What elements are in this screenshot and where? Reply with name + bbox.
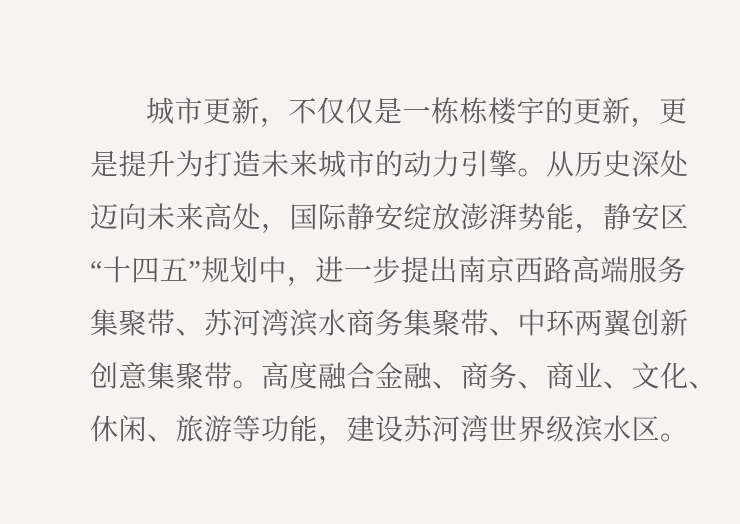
page-background: 城市更新，不仅仅是一栋栋楼宇的更新，更 是提升为打造未来城市的动力引擎。从历史深… — [0, 0, 740, 524]
paragraph-line: 城市更新，不仅仅是一栋栋楼宇的更新，更 — [90, 86, 652, 139]
paragraph-line: 迈向未来高处，国际静安绽放澎湃势能，静安区 — [90, 192, 652, 245]
article-text-block: 城市更新，不仅仅是一栋栋楼宇的更新，更 是提升为打造未来城市的动力引擎。从历史深… — [90, 86, 652, 457]
paragraph-line: 集聚带、苏河湾滨水商务集聚带、中环两翼创新 — [90, 298, 652, 351]
paragraph-line: “十四五”规划中，进一步提出南京西路高端服务 — [90, 245, 652, 298]
paragraph-line: 创意集聚带。高度融合金融、商务、商业、文化、 — [90, 351, 652, 404]
paragraph-line: 是提升为打造未来城市的动力引擎。从历史深处 — [90, 139, 652, 192]
paragraph-line: 休闲、旅游等功能，建设苏河湾世界级滨水区。 — [90, 404, 652, 457]
